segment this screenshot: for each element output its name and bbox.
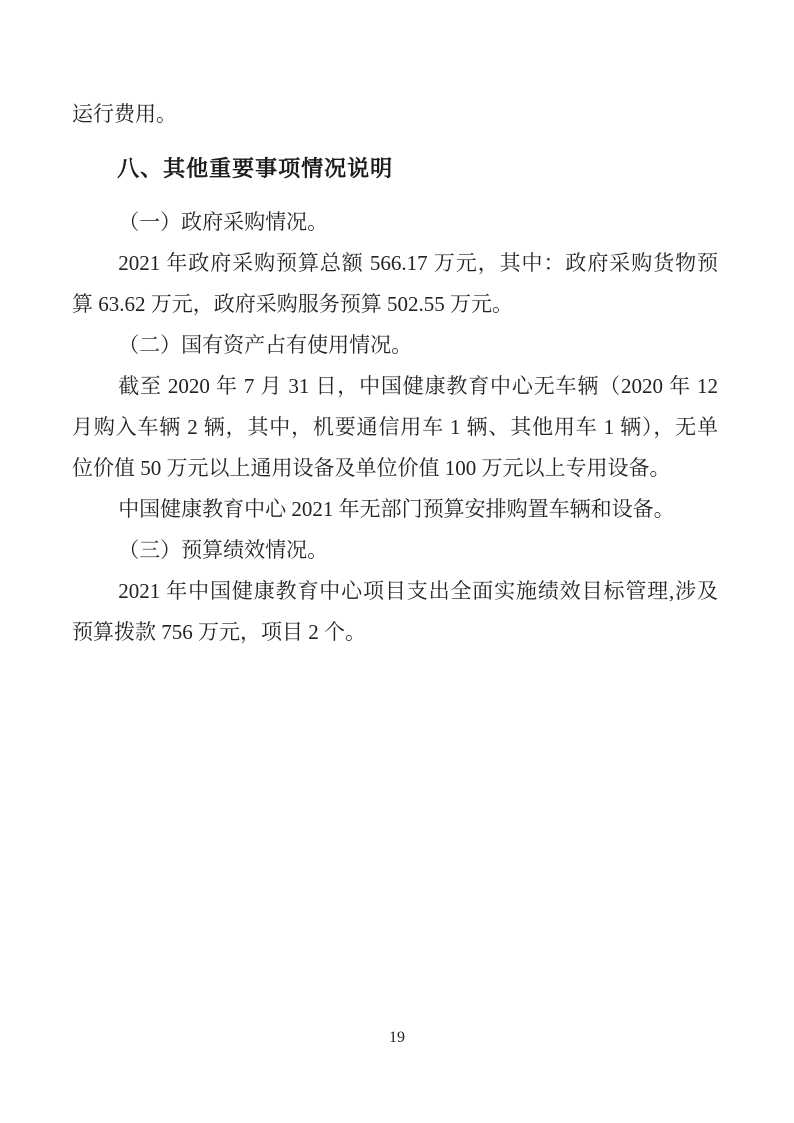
- body-text-line: 2021 年政府采购预算总额 566.17 万元，其中：政府采购货物预: [72, 243, 718, 284]
- body-text-line: 截至 2020 年 7 月 31 日，中国健康教育中心无车辆（2020 年 12: [72, 366, 718, 407]
- body-text-line: 位价值 50 万元以上通用设备及单位价值 100 万元以上专用设备。: [72, 448, 718, 489]
- body-text-line: 算 63.62 万元，政府采购服务预算 502.55 万元。: [72, 284, 718, 325]
- section-heading: 八、其他重要事项情况说明: [72, 148, 718, 189]
- page-number: 19: [0, 1028, 794, 1048]
- body-text-line: 中国健康教育中心 2021 年无部门预算安排购置车辆和设备。: [72, 489, 718, 530]
- subsection-title-1: （一）政府采购情况。: [72, 202, 718, 243]
- subsection-title-2: （二）国有资产占有使用情况。: [72, 325, 718, 366]
- body-text-line: 月购入车辆 2 辆，其中，机要通信用车 1 辆、其他用车 1 辆），无单: [72, 407, 718, 448]
- document-page: 运行费用。 八、其他重要事项情况说明 （一）政府采购情况。 2021 年政府采购…: [0, 0, 794, 1123]
- body-text-line: 预算拨款 756 万元，项目 2 个。: [72, 612, 718, 653]
- subsection-title-3: （三）预算绩效情况。: [72, 530, 718, 571]
- body-text-line-continuation: 运行费用。: [72, 94, 718, 135]
- body-text-line: 2021 年中国健康教育中心项目支出全面实施绩效目标管理,涉及: [72, 571, 718, 612]
